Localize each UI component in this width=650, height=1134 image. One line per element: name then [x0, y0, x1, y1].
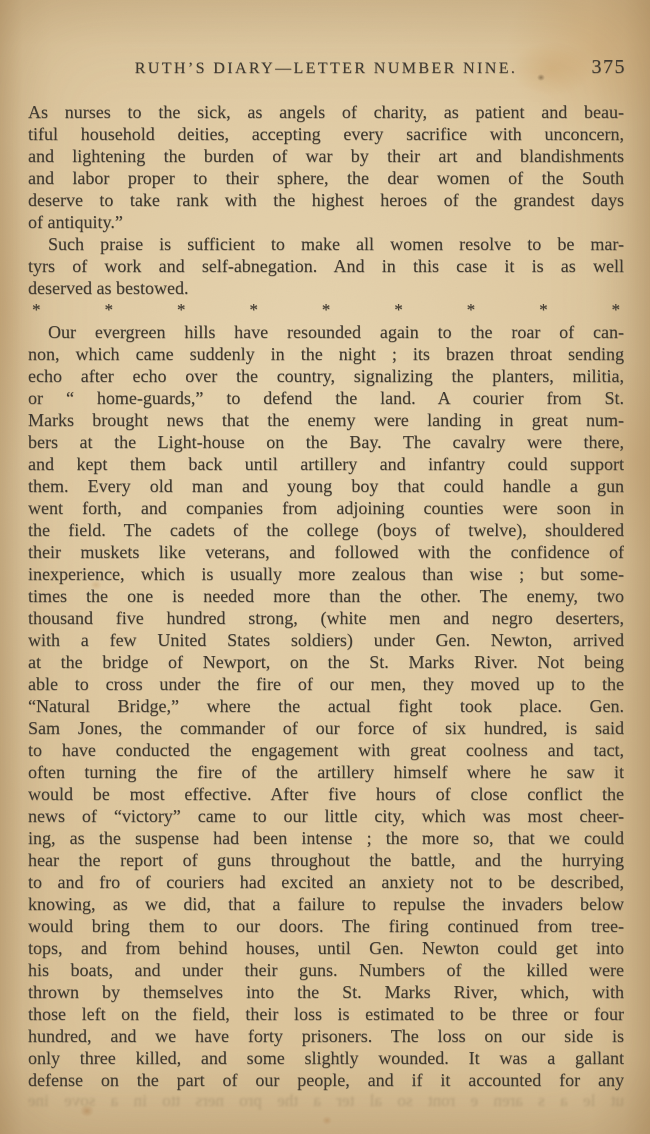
text-line: “Natural Bridge,” where the actual fight… — [28, 695, 624, 717]
text-line: tiful household deities, accepting every… — [28, 123, 624, 145]
text-line: hear the report of guns throughout the b… — [28, 849, 624, 871]
text-line: them. Every old man and young boy that c… — [28, 475, 624, 497]
book-page: RUTH’S DIARY—LETTER NUMBER NINE. 375 As … — [0, 0, 650, 1134]
running-header: RUTH’S DIARY—LETTER NUMBER NINE. 375 — [28, 60, 624, 82]
text-line: and kept them back until artillery and i… — [28, 453, 624, 475]
text-line: tops, and from behind houses, until Gen.… — [28, 937, 624, 959]
text-line: echo after echo over the country, signal… — [28, 365, 624, 387]
paragraph: Such praise is sufficient to make all wo… — [28, 233, 624, 299]
text-line: As nurses to the sick, as angels of char… — [28, 101, 624, 123]
text-line: at the bridge of Newport, on the St. Mar… — [28, 651, 624, 673]
text-line: with a few United States soldiers) under… — [28, 629, 624, 651]
asterisk-separator: ********* — [28, 299, 624, 321]
asterisk: * — [104, 299, 113, 321]
asterisk: * — [322, 299, 331, 321]
paper-freckle — [322, 1116, 332, 1125]
text-line: thrown by themselves into the St. Marks … — [28, 981, 624, 1003]
text-line: bers at the Light-house on the Bay. The … — [28, 431, 624, 453]
text-line: would bring them to our doors. The firin… — [28, 915, 624, 937]
text-line: thousand five hundred strong, (white men… — [28, 607, 624, 629]
page-number: 375 — [592, 56, 627, 79]
text-line: defense on the part of our people, and i… — [28, 1069, 624, 1091]
page-body: As nurses to the sick, as angels of char… — [28, 101, 624, 1091]
asterisk: * — [539, 299, 548, 321]
text-line: or “ home-guards,” to defend the land. A… — [28, 387, 624, 409]
paper-freckle — [80, 1105, 94, 1117]
text-line: non, which came suddenly in the night ; … — [28, 343, 624, 365]
text-line: of antiquity.” — [28, 211, 624, 233]
text-line: deserve to take rank with the highest he… — [28, 189, 624, 211]
paragraph: As nurses to the sick, as angels of char… — [28, 101, 624, 233]
text-line: his boats, and under their guns. Numbers… — [28, 959, 624, 981]
text-line: and lightening the burden of war by thei… — [28, 145, 624, 167]
text-line: to have conducted the engagement with gr… — [28, 739, 624, 761]
text-line: Marks brought news that the enemy were l… — [28, 409, 624, 431]
text-line: only three killed, and some slightly wou… — [28, 1047, 624, 1069]
page-title: RUTH’S DIARY—LETTER NUMBER NINE. — [28, 60, 624, 78]
text-line: times the one is needed more than the ot… — [28, 585, 624, 607]
asterisk: * — [249, 299, 258, 321]
text-line: went forth, and companies from adjoining… — [28, 497, 624, 519]
asterisk: * — [467, 299, 476, 321]
text-line: often turning the fire of the artillery … — [28, 761, 624, 783]
text-line: Such praise is sufficient to make all wo… — [28, 233, 624, 255]
text-line: hundred, and we have forty prisoners. Th… — [28, 1025, 624, 1047]
text-line: news of “victory” came to our little cit… — [28, 805, 624, 827]
asterisk: * — [32, 299, 41, 321]
text-line: knowing, as we did, that a failure to re… — [28, 893, 624, 915]
text-line: ing, as the suspense had been intense ; … — [28, 827, 624, 849]
text-line: and labor proper to their sphere, the de… — [28, 167, 624, 189]
asterisk: * — [177, 299, 186, 321]
asterisk: * — [394, 299, 403, 321]
text-line: Our evergreen hills have resounded again… — [28, 321, 624, 343]
text-line: tyrs of work and self-abnegation. And in… — [28, 255, 624, 277]
text-line: Sam Jones, the commander of our force of… — [28, 717, 624, 739]
text-line: inexperience, which is usually more zeal… — [28, 563, 624, 585]
text-line: their muskets like veterans, and followe… — [28, 541, 624, 563]
paragraph: Our evergreen hills have resounded again… — [28, 321, 624, 1091]
bleedthrough-text: ut le a s aren e ront so al ter a the pr… — [28, 1091, 624, 1111]
text-line: to and fro of couriers had excited an an… — [28, 871, 624, 893]
asterisk: * — [612, 299, 621, 321]
text-line: those left on the field, their loss is e… — [28, 1003, 624, 1025]
text-line: the field. The cadets of the college (bo… — [28, 519, 624, 541]
text-line: would be most effective. After five hour… — [28, 783, 624, 805]
text-line: able to cross under the fire of our men,… — [28, 673, 624, 695]
text-line: deserved as bestowed. — [28, 277, 624, 299]
